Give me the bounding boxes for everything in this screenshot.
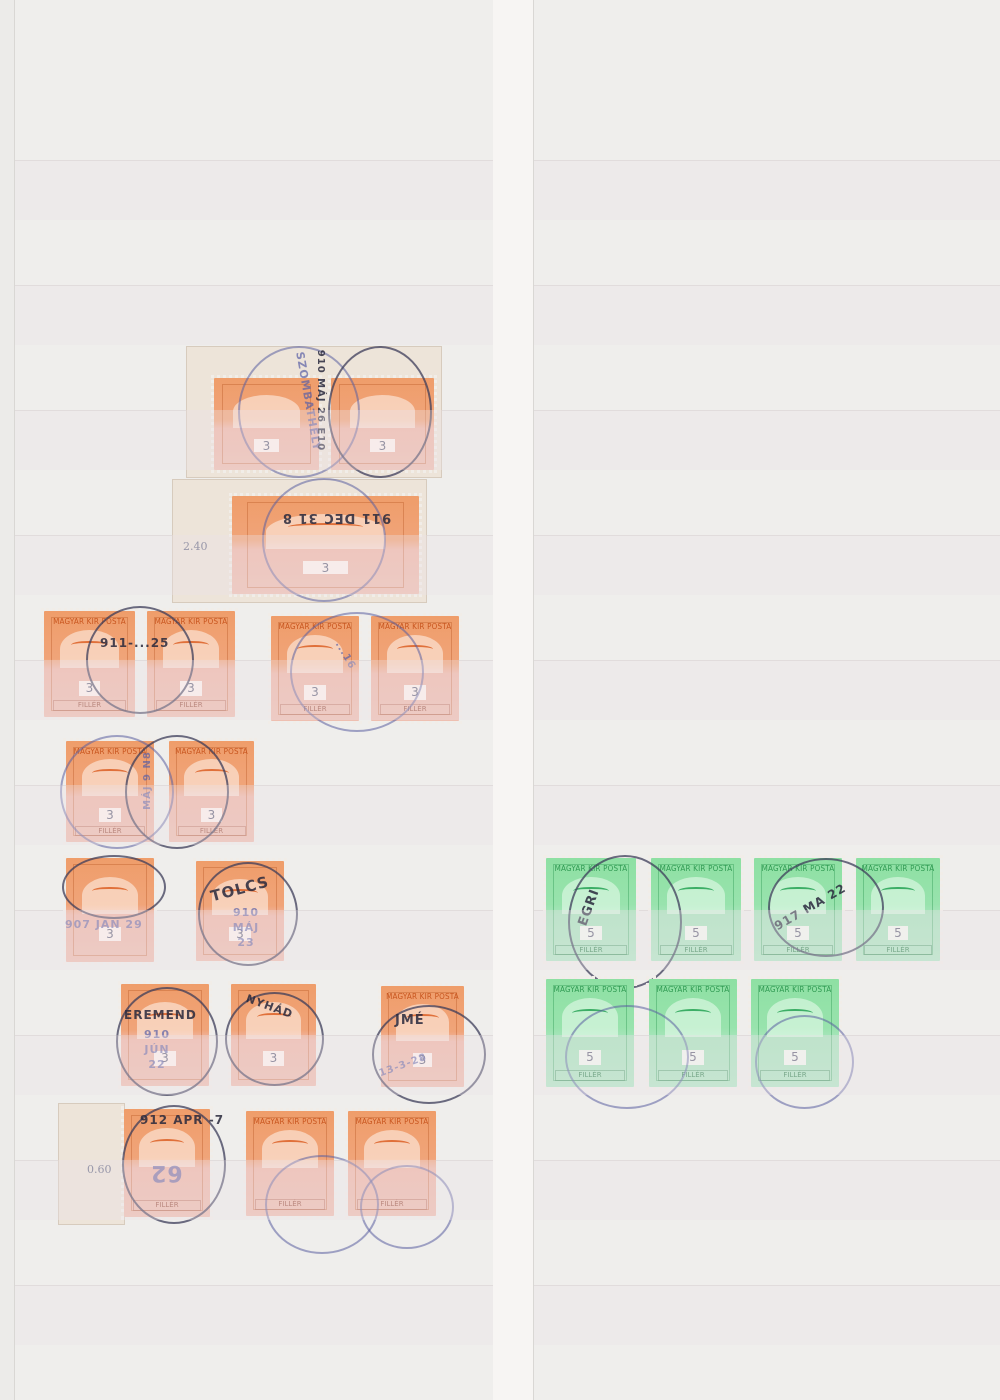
postmark-text: 912 APR -7 bbox=[140, 1113, 224, 1127]
strip-pocket bbox=[534, 1160, 1000, 1220]
strip-pocket bbox=[534, 160, 1000, 220]
strip-pocket bbox=[534, 660, 1000, 720]
strip-pocket bbox=[15, 410, 493, 470]
postmark-text: 911 DEC 31 8 bbox=[282, 510, 391, 525]
strip-pocket bbox=[15, 1035, 493, 1095]
strip-pocket bbox=[15, 660, 493, 720]
strip-pocket bbox=[534, 1035, 1000, 1095]
strip-pocket bbox=[15, 785, 493, 845]
strip-pocket bbox=[534, 1285, 1000, 1345]
strip-pocket bbox=[15, 535, 493, 595]
postmark-text: JMÉ bbox=[395, 1013, 425, 1028]
postmark-text: EREMEND bbox=[124, 1008, 197, 1022]
postmark-text: 911-...25 bbox=[100, 636, 169, 650]
stockbook-gutter bbox=[493, 0, 533, 1400]
strip-pocket bbox=[534, 910, 1000, 970]
strip-pocket bbox=[15, 285, 493, 345]
strip-pocket bbox=[534, 285, 1000, 345]
strip-pocket bbox=[15, 910, 493, 970]
strip-pocket bbox=[534, 410, 1000, 470]
strip-pocket bbox=[15, 1160, 493, 1220]
strip-pocket bbox=[534, 785, 1000, 845]
strip-pocket bbox=[15, 1285, 493, 1345]
strip-pocket bbox=[534, 535, 1000, 595]
strip-pocket bbox=[15, 160, 493, 220]
